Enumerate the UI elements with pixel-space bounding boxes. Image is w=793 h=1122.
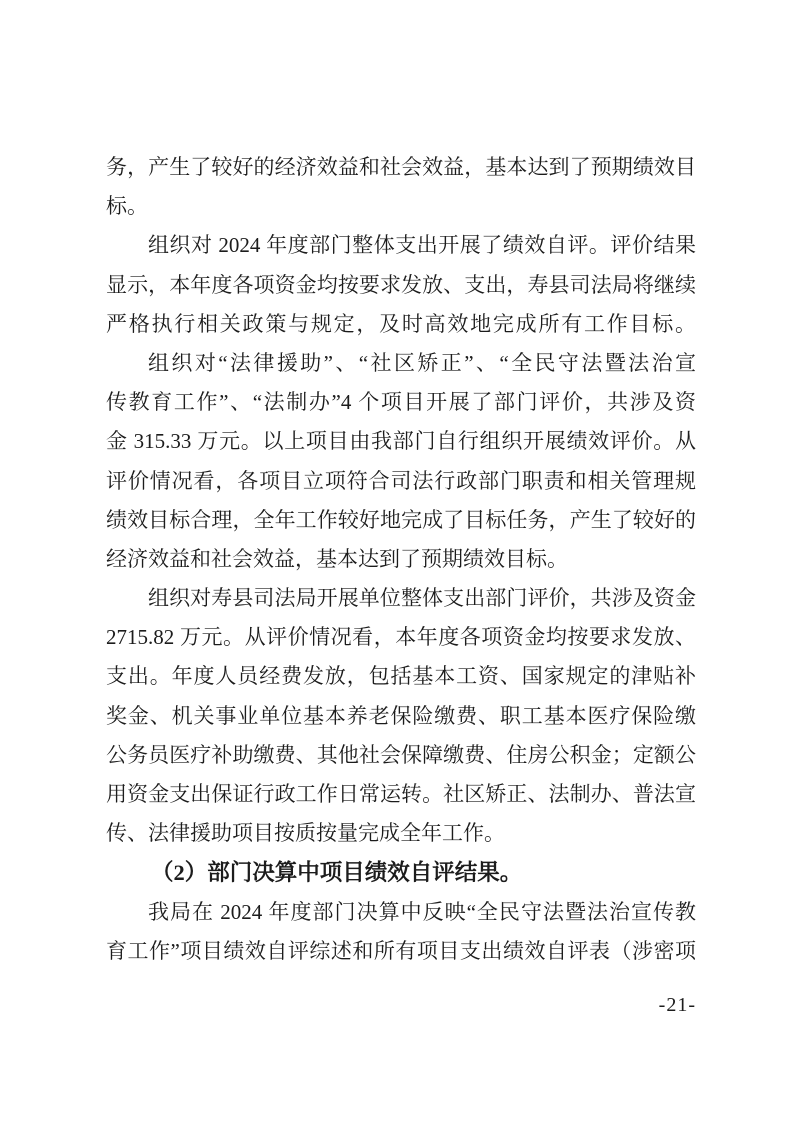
text-line: 2715.82 万元。从评价情况看，本年度各项资金均按要求发放、	[106, 618, 696, 657]
text-line: 育工作”项目绩效自评综述和所有项目支出绩效自评表（涉密项	[106, 932, 696, 971]
text-line: 传教育工作”、“法制办”4 个项目开展了部门评价，共涉及资	[106, 383, 696, 422]
text-line: 绩效目标合理，全年工作较好地完成了目标任务，产生了较好的	[106, 501, 696, 540]
text-line: 组织对寿县司法局开展单位整体支出部门评价，共涉及资金	[106, 579, 696, 618]
text-line: 组织对 2024 年度部门整体支出开展了绩效自评。评价结果	[106, 226, 696, 265]
text-line: 严格执行相关政策与规定，及时高效地完成所有工作目标。	[106, 305, 696, 344]
text-line: 组织对“法律援助”、“社区矫正”、“全民守法暨法治宣	[106, 344, 696, 383]
text-line: 显示，本年度各项资金均按要求发放、支出，寿县司法局将继续	[106, 266, 696, 305]
text-line: 评价情况看，各项目立项符合司法行政部门职责和相关管理规定，	[106, 462, 696, 501]
document-body: 务，产生了较好的经济效益和社会效益，基本达到了预期绩效目 标。 组织对 2024…	[106, 148, 696, 971]
text-line: 我局在 2024 年度部门决算中反映“全民守法暨法治宣传教	[106, 893, 696, 932]
text-line: 用资金支出保证行政工作日常运转。社区矫正、法制办、普法宣	[106, 775, 696, 814]
text-line: 金 315.33 万元。以上项目由我部门自行组织开展绩效评价。从	[106, 422, 696, 461]
text-line: 务，产生了较好的经济效益和社会效益，基本达到了预期绩效目	[106, 148, 696, 187]
text-line: 奖金、机关事业单位基本养老保险缴费、职工基本医疗保险缴费、	[106, 697, 696, 736]
section-heading: （2）部门决算中项目绩效自评结果。	[106, 853, 696, 892]
text-line: 标。	[106, 187, 696, 226]
text-line: 公务员医疗补助缴费、其他社会保障缴费、住房公积金；定额公	[106, 736, 696, 775]
text-line: 支出。年度人员经费发放，包括基本工资、国家规定的津贴补贴、	[106, 657, 696, 696]
text-line: 经济效益和社会效益，基本达到了预期绩效目标。	[106, 540, 696, 579]
text-line: 传、法律援助项目按质按量完成全年工作。	[106, 814, 696, 853]
document-page: 务，产生了较好的经济效益和社会效益，基本达到了预期绩效目 标。 组织对 2024…	[0, 0, 793, 1122]
page-number: -21-	[659, 991, 696, 1019]
